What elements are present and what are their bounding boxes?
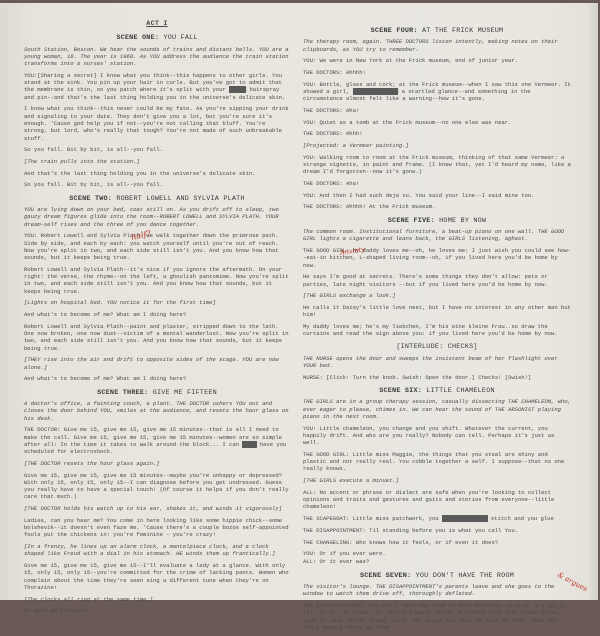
stage-direction: THE NURSE opens the door and sweeps the … [303,355,571,370]
dialogue-line: THE GOOD GIRL: Little miss Maggie, the t… [303,451,571,473]
scene-title: YOU DON'T HAVE THE ROOM [416,572,514,580]
scene-label: SCENE FIVE: [388,217,439,225]
scene-label: SCENE SEVEN: [360,572,416,580]
dialogue-line: He calls it Daisy's little love nest, bu… [303,304,571,319]
stage-direction: The common room. Institutional furniture… [303,228,571,243]
scene-heading: SCENE TWO: ROBERT LOWELL AND SYLVIA PLAT… [24,196,290,203]
dialogue-line: YOU: Little chameleon, you change and yo… [303,425,571,447]
dialogue-line: THE DISAPPOINTMENT: Til standing before … [303,527,571,534]
scene-heading: SCENE FIVE: HOME BY NOW [303,218,571,225]
stage-direction: [THE DOCTOR resets the hour glass again.… [24,460,290,467]
scene-title: ROBERT LOWELL AND SYLVIA PLATH [116,195,244,203]
scene-title: LITTLE CHAMELEON [426,387,494,395]
dialogue-line: YOU: Walking room to room at the Frick m… [303,154,571,176]
right-column: SCENE FOUR: AT THE FRICK MUSEUMThe thera… [303,21,571,600]
dialogue-line: YOU: And then I had such deja vu. You sa… [303,192,571,199]
struck-out-text: XXXXXXXXXXXXXXXX [442,515,488,522]
dialogue-line: My daddy loves me; he's my liebchen, I'm… [303,323,571,338]
scene-title: HOME BY NOW [439,217,486,225]
stage-direction: South Station, Boston. We hear the sound… [24,46,290,68]
dialogue-line: THE DOCTORS: Ahhh! [303,130,571,137]
dialogue-line: THE CHANGELING: Who knows how it feels, … [303,539,571,546]
stage-direction: [Lights on hospital bed. YOU notice it f… [24,299,290,306]
stage-direction: [THE GIRLS execute a minuet.] [303,477,571,484]
dialogue-line: Robert Lowell and Sylvia Plath--paint an… [24,323,290,352]
struck-out-text: XXXXXX [229,86,246,93]
stage-direction: [THE DOCTOR holds his watch up to his ea… [24,505,290,512]
scene-label: SCENE THREE: [97,389,153,397]
dialogue-line: I know what you think--this never could … [24,105,290,141]
act-heading: ACT I [24,21,290,28]
struck-out-text: XXXXX [242,441,256,448]
dialogue-line: And that's the last thing holding you in… [24,170,290,177]
scene-heading: [INTERLUDE: CHECKS] [303,344,571,351]
dialogue-line: NURSE: [Click: Turn the knob. Swish: Ope… [303,374,571,381]
stage-direction: A doctor's office, a fainting couch, a p… [24,400,290,422]
dialogue-line: YOU: Quiet as a tomb at the Frick museum… [303,119,571,126]
dialogue-line: THE DOCTORS: Ahhhh! [303,69,571,76]
stage-direction: The therapy room, again. THREE DOCTORS l… [303,38,571,53]
right-column-body: SCENE FOUR: AT THE FRICK MUSEUMThe thera… [303,28,571,600]
dialogue-line: And what's to become of me? What am I do… [24,375,290,382]
dialogue-line: YOU: Bottle, glass and cork; at the Fric… [303,81,571,103]
scene-heading: SCENE THREE: GIVE ME FIFTEEN [24,390,290,397]
scene-heading: SCENE SIX: LITTLE CHAMELEON [303,388,571,395]
scene-label: SCENE TWO: [69,195,116,203]
scene-heading: SCENE ONE: YOU FALL [24,35,290,42]
scene-title: AT THE FRICK MUSEUM [422,27,503,35]
left-column: ACT I SCENE ONE: YOU FALLSouth Station, … [24,21,290,600]
left-column-body: SCENE ONE: YOU FALLSouth Station, Boston… [24,35,290,600]
dialogue-line: YOU: Or if you ever were. [303,550,571,557]
dialogue-line: ALL: No accent or phrase or dialect are … [303,489,571,511]
scene-title: GIVE ME FIFTEEN [153,389,217,397]
stage-direction: YOU are lying down on your bed, coat sti… [24,206,290,228]
scene-heading: SCENE FOUR: AT THE FRICK MUSEUM [303,28,571,35]
dialogue-line: YOU: We were in New York at the Frick mu… [303,57,571,64]
dialogue-line: ALL: Or it ever was? [303,558,571,565]
scene-label: SCENE ONE: [116,34,163,42]
stage-direction: THE GIRLS are in a group therapy session… [303,398,571,420]
dialogue-line: Robert Lowell and Sylvia Plath--it's nic… [24,266,290,295]
dialogue-line: Give me 15, give me 15, give me 15 minut… [24,472,290,501]
stage-direction: The visitor's lounge. THE DISAPPOINTMENT… [303,583,571,598]
dialogue-line: Ladies, can you hear me? You come in her… [24,517,290,539]
dialogue-line: THE DOCTORS: Aha! [303,180,571,187]
stage-direction: [THE GIRLS exchange a look.] [303,292,571,299]
stage-direction: [The clocks all ring at the same time.] [24,596,290,600]
dialogue-line: THE SCAPEGOAT: Little miss patchwork, yo… [303,515,571,522]
dialogue-line: THE DOCTOR: Give me 15, give me 15, give… [24,426,290,455]
dialogue-line: And what's to become of me? What am I do… [24,311,290,318]
stage-direction: [In a frenzy, he lines up an alarm clock… [24,543,290,558]
stage-direction: [THEY rise into the air and drift to opp… [24,356,290,371]
dialogue-line: So you fall. Bit by bit, is all--you fal… [24,146,290,153]
scene-label: SCENE SIX: [379,387,426,395]
dialogue-line: THE DOCTORS: Aha! [303,107,571,114]
dialogue-line: So you fall. Bit by bit, is all--you fal… [24,181,290,188]
dialogue-line: He says I'm good at secrets. There's som… [303,273,571,288]
dialogue-line: THE DOCTORS: Ahhhh! At the Frick museum. [303,203,571,210]
scene-title: YOU FALL [163,34,197,42]
dialogue-line: YOU: Robert Lowell and Sylvia Plath--we … [24,232,290,261]
script-page: ACT I SCENE ONE: YOU FALLSouth Station, … [0,3,598,600]
dialogue-line: YOU:[Sharing a secret] I know what you t… [24,72,290,101]
scene-heading: SCENE SEVEN: YOU DON'T HAVE THE ROOM [303,573,571,580]
stage-direction: [Projected: a Vermeer painting.] [303,142,571,149]
struck-out-text: XXXXXXXXXXXXXXXX [353,88,399,95]
scene-label: SCENE FOUR: [371,27,422,35]
stage-direction: [The train pulls into the station.] [24,158,290,165]
dialogue-line: Give me 15, give me 15, give me 15--I'll… [24,562,290,591]
scene-title: [INTERLUDE: CHECKS] [396,343,477,351]
